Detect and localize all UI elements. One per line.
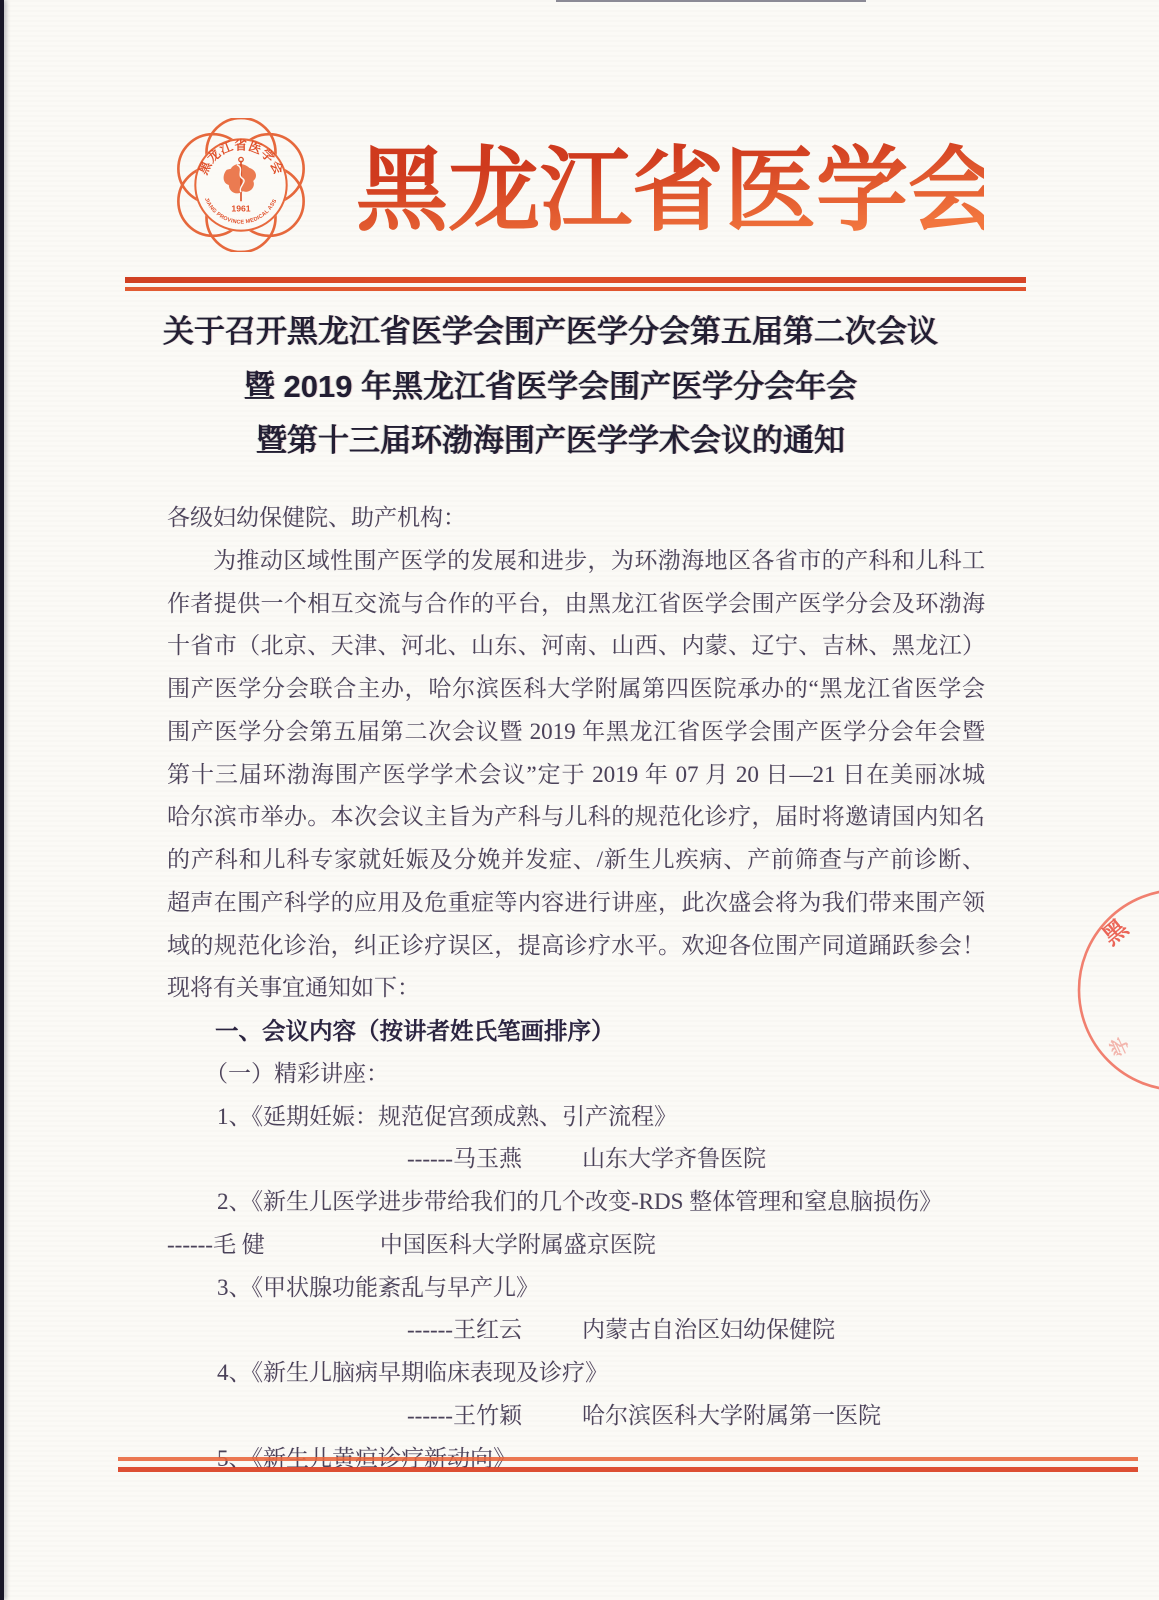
speaker-hospital: 中国医科大学附属盛京医院 bbox=[380, 1232, 656, 1257]
footer-rule-bottom bbox=[118, 1467, 1138, 1472]
title-line-2: 暨 2019 年黑龙江省医学会围产医学分会年会 bbox=[100, 360, 1001, 415]
scan-edge-artifact-left bbox=[0, 0, 4, 1600]
speaker-hospital: 山东大学齐鲁医院 bbox=[582, 1146, 766, 1171]
paragraph-line: 的产科和儿科专家就妊娠及分娩并发症、/新生儿疾病、产前筛查与产前诊断、 bbox=[167, 839, 985, 882]
lecture-attribution: ------王竹颖哈尔滨医科大学附属第一医院 bbox=[167, 1395, 985, 1438]
lecture-attribution: ------马玉燕山东大学齐鲁医院 bbox=[167, 1138, 985, 1181]
speaker-name: ------马玉燕 bbox=[407, 1146, 522, 1171]
stamp-char-bottom: 学 bbox=[1105, 1033, 1134, 1060]
footer-rule-top bbox=[118, 1457, 1138, 1461]
scan-edge-artifact-top bbox=[556, 0, 866, 2]
letterhead-rule-bottom bbox=[125, 287, 1026, 291]
title-line-1: 关于召开黑龙江省医学会围产医学分会第五届第二次会议 bbox=[100, 305, 1001, 360]
speaker-name: ------毛 健 bbox=[167, 1232, 265, 1257]
scanned-document-page: 黑龙江省医学会 1961 HEILONGJIANG PROVINCE MEDIC… bbox=[0, 0, 1159, 1600]
main-paragraph: 为推动区域性围产医学的发展和进步，为环渤海地区各省市的产科和儿科工作者提供一个相… bbox=[167, 540, 985, 1010]
speaker-hospital: 内蒙古自治区妇幼保健院 bbox=[582, 1317, 835, 1342]
speaker-hospital: 哈尔滨医科大学附属第一医院 bbox=[582, 1403, 881, 1428]
paragraph-line: 第十三届环渤海围产医学学术会议”定于 2019 年 07 月 20 日—21 日… bbox=[167, 754, 985, 797]
salutation: 各级妇幼保健院、助产机构： bbox=[167, 497, 985, 540]
lecture-attribution: ------毛 健中国医科大学附属盛京医院 bbox=[167, 1224, 985, 1267]
stamp-char-top: 黑 bbox=[1098, 914, 1135, 951]
paragraph-line: 为推动区域性围产医学的发展和进步，为环渤海地区各省市的产科和儿科工 bbox=[167, 540, 985, 583]
association-seal: 黑龙江省医学会 1961 HEILONGJIANG PROVINCE MEDIC… bbox=[174, 118, 308, 252]
paragraph-line: 作者提供一个相互交流与合作的平台，由黑龙江省医学会围产医学分会及环渤海 bbox=[167, 583, 985, 626]
title-line-3: 暨第十三届环渤海围产医学学术会议的通知 bbox=[100, 414, 1001, 469]
lecture-attribution: ------王红云内蒙古自治区妇幼保健院 bbox=[167, 1309, 985, 1352]
document-title: 关于召开黑龙江省医学会围产医学分会第五届第二次会议 暨 2019 年黑龙江省医学… bbox=[100, 305, 1001, 469]
letterhead-rule-top bbox=[125, 277, 1026, 283]
lecture-title: 3、《甲状腺功能紊乱与早产儿》 bbox=[167, 1267, 985, 1310]
paragraph-line: 超声在围产科学的应用及危重症等内容进行讲座，此次盛会将为我们带来围产领 bbox=[167, 882, 985, 925]
section-heading: 一、会议内容（按讲者姓氏笔画排序） bbox=[167, 1010, 985, 1053]
paragraph-line: 围产医学分会联合主办，哈尔滨医科大学附属第四医院承办的“黑龙江省医学会 bbox=[167, 668, 985, 711]
lecture-title: 4、《新生儿脑病早期临床表现及诊疗》 bbox=[167, 1352, 985, 1395]
lecture-title: 2、《新生儿医学进步带给我们的几个改变-RDS 整体管理和窒息脑损伤》 bbox=[167, 1181, 985, 1224]
speaker-name: ------王红云 bbox=[407, 1317, 522, 1342]
paragraph-line: 现将有关事宜通知如下： bbox=[167, 967, 985, 1010]
document-body: 各级妇幼保健院、助产机构： 为推动区域性围产医学的发展和进步，为环渤海地区各省市… bbox=[167, 497, 985, 1480]
paragraph-line: 十省市（北京、天津、河北、山东、河南、山西、内蒙、辽宁、吉林、黑龙江） bbox=[167, 625, 985, 668]
seal-year: 1961 bbox=[231, 203, 250, 213]
paragraph-line: 域的规范化诊治，纠正诊疗误区，提高诊疗水平。欢迎各位围产同道踊跃参会！ bbox=[167, 925, 985, 968]
lecture-title: 1、《延期妊娠：规范促宫颈成熟、引产流程》 bbox=[167, 1096, 985, 1139]
organization-name: 黑龙江省医学会 bbox=[356, 140, 984, 242]
paragraph-line: 哈尔滨市举办。本次会议主旨为产科与儿科的规范化诊疗，届时将邀请国内知名 bbox=[167, 796, 985, 839]
lecture-list: 1、《延期妊娠：规范促宫颈成熟、引产流程》------马玉燕山东大学齐鲁医院2、… bbox=[167, 1096, 985, 1481]
subsection-heading: （一）精彩讲座： bbox=[167, 1053, 985, 1096]
paragraph-line: 围产医学分会第五届第二次会议暨 2019 年黑龙江省医学会围产医学分会年会暨 bbox=[167, 711, 985, 754]
speaker-name: ------王竹颖 bbox=[407, 1403, 522, 1428]
red-stamp-partial: 黑 学 bbox=[1054, 880, 1159, 1110]
